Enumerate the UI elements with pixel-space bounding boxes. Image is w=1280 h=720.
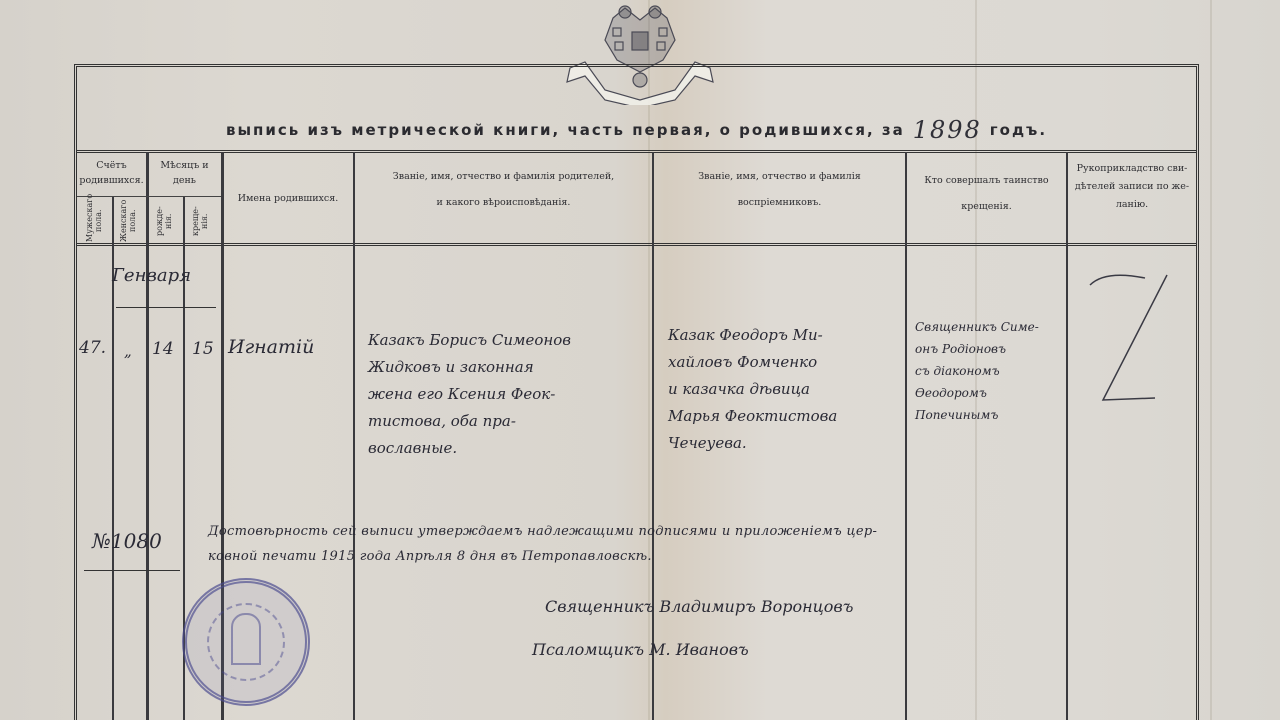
godparents-line: и казачка дѣвица — [668, 376, 837, 403]
godparents-line: Чечеуева. — [668, 430, 837, 457]
header-count: Счётъ родившихся. — [77, 158, 146, 188]
parents-line: вославные. — [368, 435, 571, 462]
header-priest-line1: Кто совершалъ таинство — [907, 172, 1066, 190]
subheader-rule — [77, 196, 221, 197]
title-prefix: выпись изъ метрической книги, часть перв… — [226, 121, 905, 139]
column-divider — [905, 152, 907, 720]
header-bottom-rule — [77, 243, 1196, 246]
priest-line: съ діакономъ — [915, 360, 1039, 382]
psalmist-signature: Псаломщикъ М. Ивановъ — [532, 636, 749, 663]
header-parents-line2: и какого вѣроисповѣданія. — [355, 194, 652, 212]
certification-reference: №1080 — [92, 528, 162, 555]
header-priest-line2: крещенія. — [907, 198, 1066, 216]
header-month-day: Мѣсяцъ и день — [148, 158, 221, 188]
header-parents: Званіе, имя, отчество и фамилія родителе… — [355, 168, 652, 212]
godparents-line: Марья Феоктистова — [668, 403, 837, 430]
header-top-rule — [77, 150, 1196, 153]
parents-line: Казакъ Борисъ Симеонов — [368, 327, 571, 354]
column-divider — [146, 152, 149, 720]
header-count-male: Мужескаго пола. — [86, 200, 104, 242]
certification-line-2: ковной печати 1915 года Апрѣля 8 дня въ … — [208, 543, 652, 570]
header-witnesses-line3: ланію. — [1068, 196, 1196, 214]
priest-line: Священникъ Симе- — [915, 316, 1039, 338]
entry-priest: Священникъ Симе- онъ Родіоновъ съ діакон… — [915, 316, 1039, 426]
header-baptism: креще-нія. — [192, 200, 210, 242]
church-icon — [231, 613, 261, 665]
priest-signature: Священникъ Владимиръ Воронцовъ — [545, 593, 853, 620]
parents-line: жена его Ксения Феок- — [368, 381, 571, 408]
document-title: выпись изъ метрической книги, часть перв… — [77, 112, 1196, 148]
column-divider — [652, 152, 654, 720]
column-divider — [353, 152, 355, 720]
column-divider — [1066, 152, 1068, 720]
entry-month: Генваря — [112, 262, 191, 289]
parents-line: тистова, оба пра- — [368, 408, 571, 435]
entry-name: Игнатій — [228, 334, 314, 361]
reference-underline — [84, 570, 180, 571]
header-witnesses: Рукоприкладство сви- дѣтелей записи по ж… — [1068, 160, 1196, 214]
title-suffix: годъ. — [990, 121, 1047, 139]
header-names: Имена родившихся. — [223, 190, 353, 208]
parents-line: Жидковъ и законная — [368, 354, 571, 381]
header-parents-line1: Званіе, имя, отчество и фамилія родителе… — [355, 168, 652, 186]
paper-fold — [1210, 0, 1212, 720]
entry-day-birth: 14 — [152, 336, 174, 363]
header-godparents-line2: воспріемниковъ. — [654, 194, 905, 212]
month-underline — [116, 307, 216, 308]
church-seal-stamp — [182, 578, 310, 706]
priest-line: Попечинымъ — [915, 404, 1039, 426]
header-witnesses-line1: Рукоприкладство сви- — [1068, 160, 1196, 178]
entry-number-male: 47. — [79, 335, 106, 362]
godparents-line: хайловъ Фомченко — [668, 349, 837, 376]
title-year: 1898 — [913, 116, 982, 144]
header-godparents-line1: Званіе, имя, отчество и фамилія — [654, 168, 905, 186]
entry-parents: Казакъ Борисъ Симеонов Жидковъ и законна… — [368, 327, 571, 462]
priest-line: онъ Родіоновъ — [915, 338, 1039, 360]
header-count-female: Женскаго пола. — [120, 200, 138, 242]
header-godparents: Званіе, имя, отчество и фамилія воспріем… — [654, 168, 905, 212]
priest-line: Ѳеодоромъ — [915, 382, 1039, 404]
entry-godparents: Казак Феодоръ Ми- хайловъ Фомченко и каз… — [668, 322, 837, 457]
certification-line-1: Достовѣрность сей выписи утверждаемъ над… — [208, 518, 877, 545]
entry-number-female: „ — [124, 338, 132, 365]
header-priest: Кто совершалъ таинство крещенія. — [907, 172, 1066, 216]
godparents-line: Казак Феодоръ Ми- — [668, 322, 837, 349]
witness-mark-stroke — [1085, 270, 1175, 410]
entry-day-baptism: 15 — [192, 336, 214, 363]
header-birth: рожде-нія. — [156, 200, 174, 242]
header-witnesses-line2: дѣтелей записи по же- — [1068, 178, 1196, 196]
